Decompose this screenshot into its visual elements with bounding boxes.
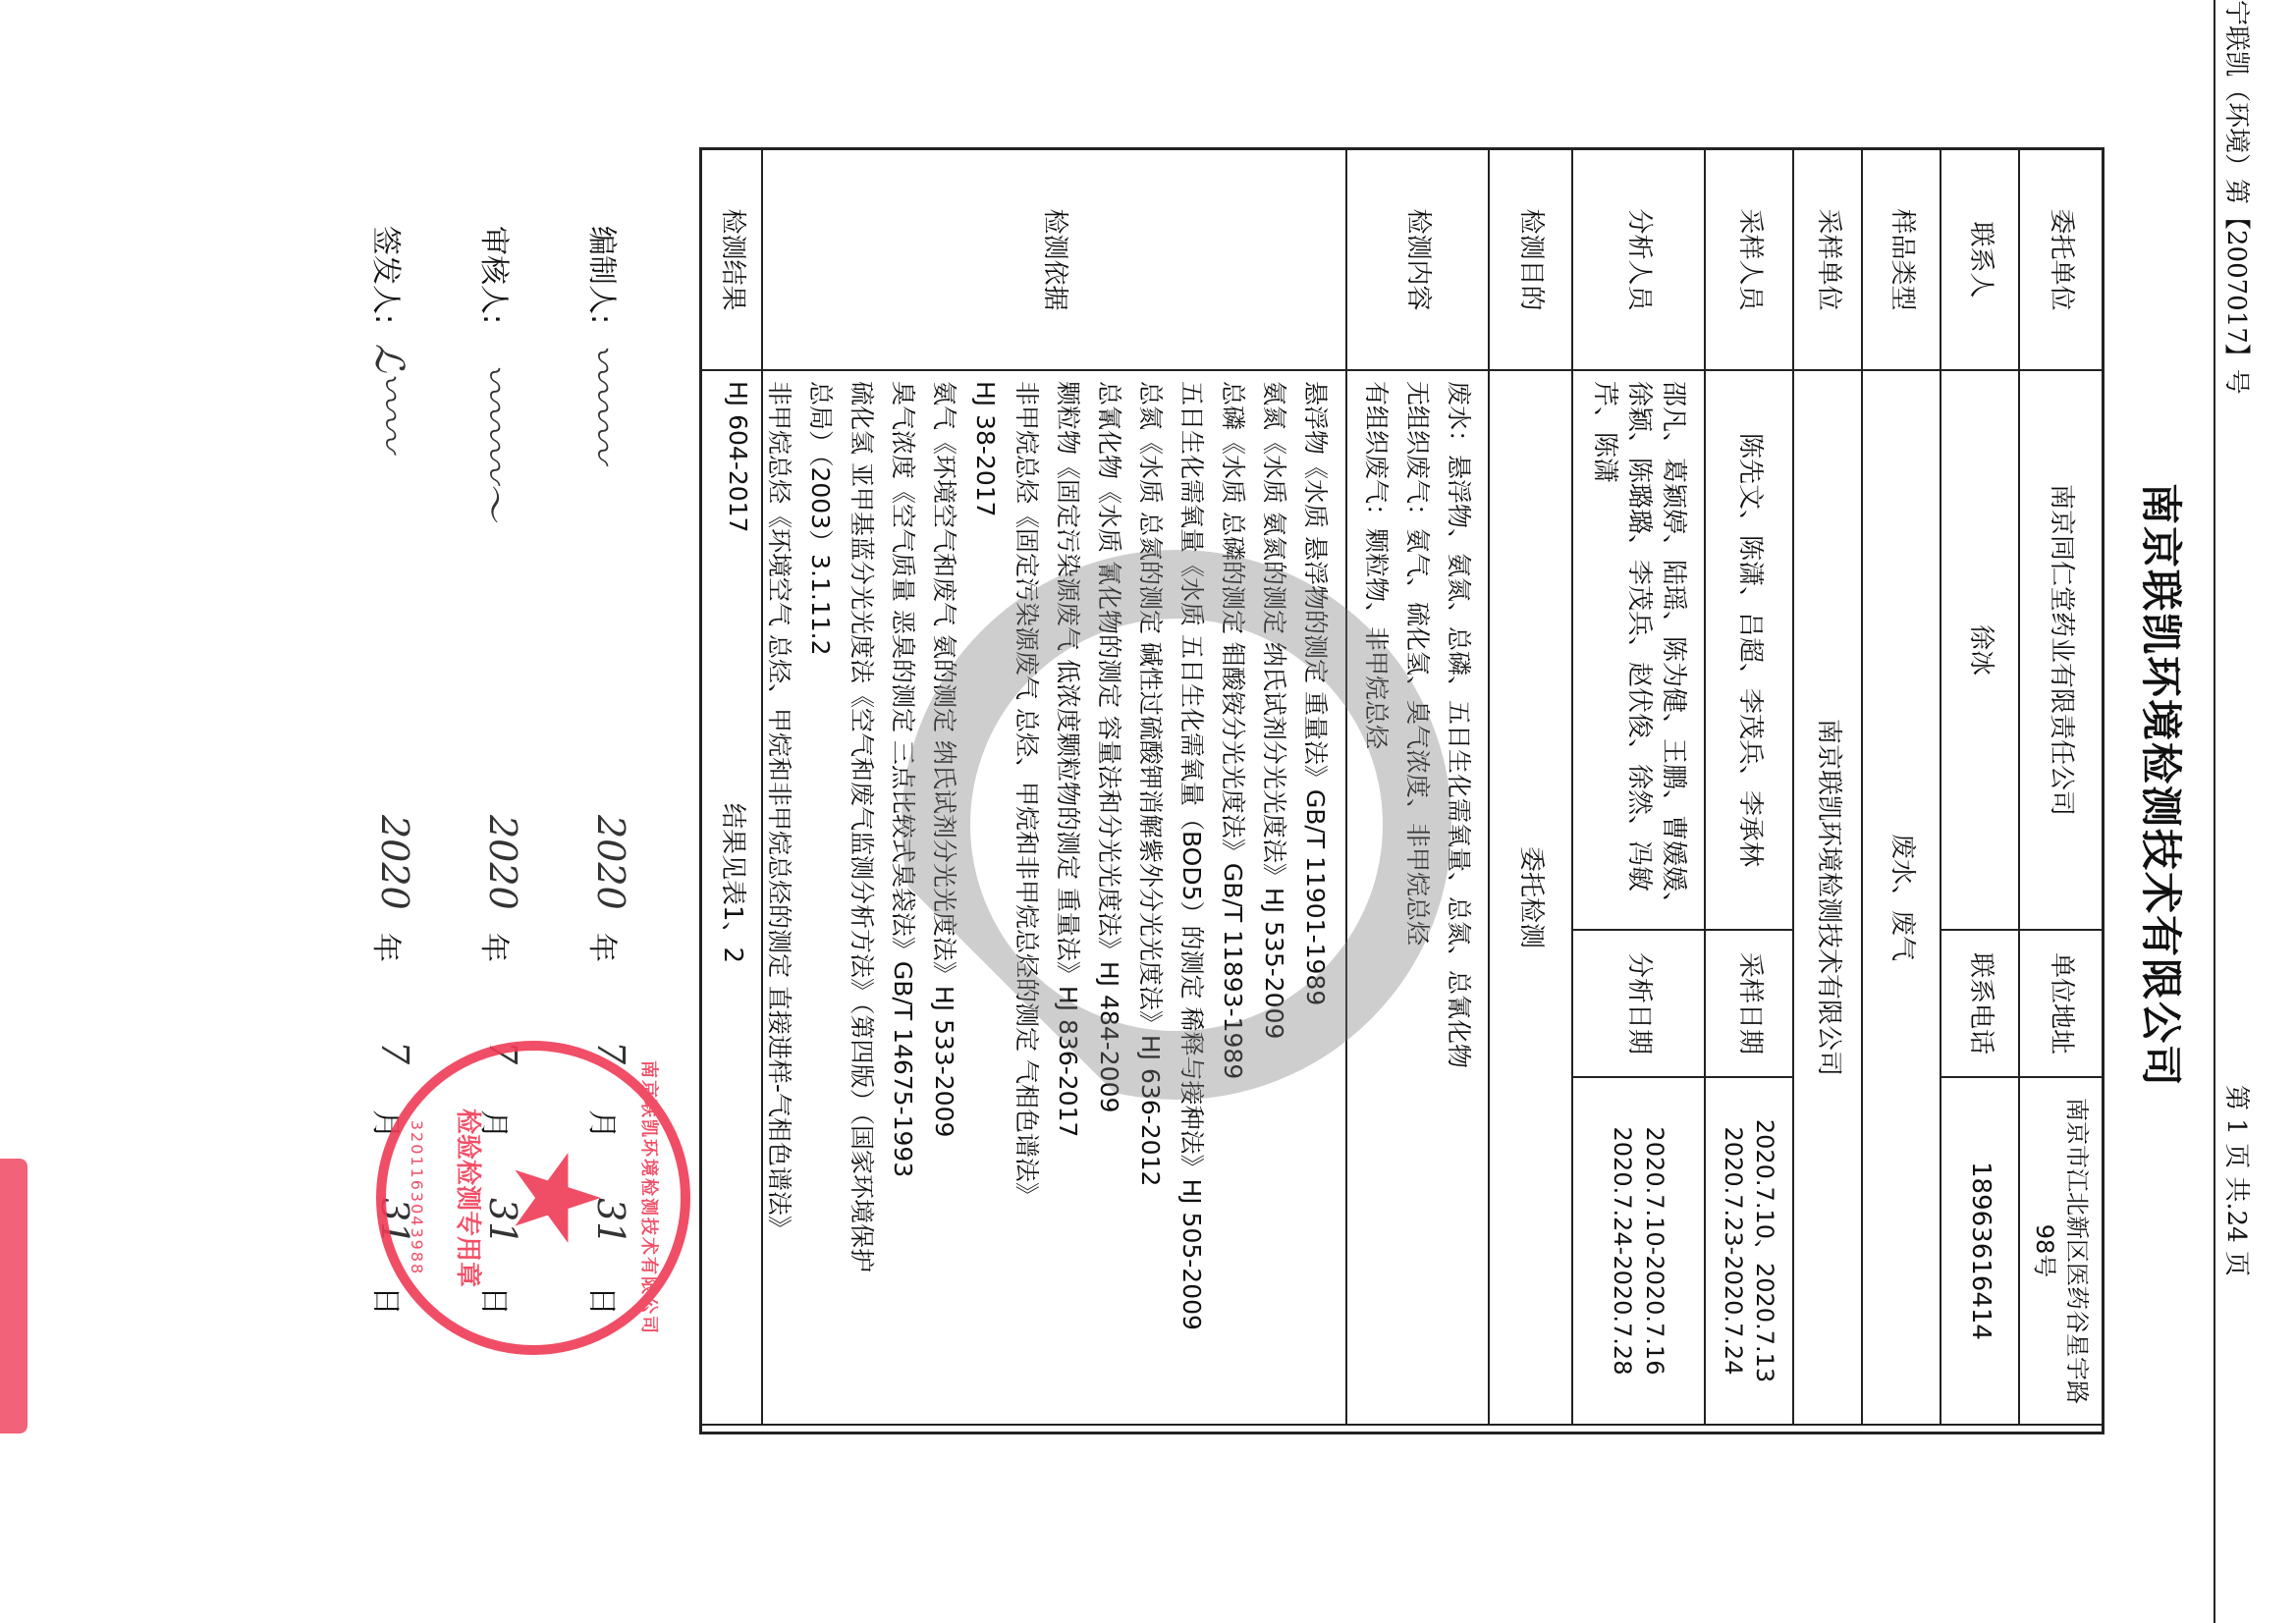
analysis-date-value: 2020.7.10-2020.7.16 2020.7.24-2020.7.28 (1571, 1078, 1704, 1426)
phone-label: 联系电话 (1940, 931, 2018, 1078)
client-label: 委托单位 (2018, 150, 2102, 371)
samplers-value: 陈先文、陈潇、吕超、李茂兵、李承林 (1704, 371, 1792, 931)
day-unit: 日 (367, 1286, 410, 1316)
year-unit: 年 (583, 933, 627, 962)
address-label: 单位地址 (2018, 931, 2102, 1078)
basis-line: 硫化氢 亚甲基蓝分光光度法《空气和废气监测分析方法》（第四版）（国家环境保护 (841, 381, 882, 1272)
basis-line: HJ 38-2017 (964, 381, 1006, 517)
compiler-label: 编制人: (583, 226, 627, 324)
sampling-unit-label: 采样单位 (1792, 150, 1861, 371)
issuer-signature: ℒ〰〰 (364, 344, 420, 451)
sampling-date-label: 采样日期 (1704, 931, 1792, 1078)
content-label: 检测内容 (1345, 150, 1488, 371)
seal-code: 3201163043988 (408, 1120, 426, 1275)
sample-type-label: 样品类型 (1861, 150, 1940, 371)
year-unit: 年 (367, 933, 410, 962)
compiler-signature: 〰〰〰 (576, 344, 632, 461)
company-seal: 南京联凯环境检测技术有限公司 ★ 检验检测专用章 3201163043988 (376, 1041, 690, 1355)
samplers-label: 采样人员 (1704, 150, 1792, 371)
header-rule (2214, 0, 2215, 1623)
basis-label: 检测依据 (761, 150, 1345, 371)
result-label: 检测结果 (702, 150, 761, 371)
analysts-value: 邵凡、葛颖婷、陆瑶、陈为健、王鹏、曹媛媛、徐颖、陈璐璐、李茂兵、赵伏俊、徐然、冯… (1571, 371, 1704, 931)
analysts-label: 分析人员 (1571, 150, 1704, 371)
page-info: 第 1 页 共.24 页 (2220, 1085, 2257, 1276)
issuer-label: 签发人: (367, 226, 410, 324)
issuer-month: 7 (373, 1041, 416, 1064)
purpose-label: 检测目的 (1488, 150, 1571, 371)
basis-line: 总局）（2003）3.1.11.2 (799, 381, 841, 656)
seal-text: 南京联凯环境检测技术有限公司 (637, 1060, 663, 1335)
year-unit: 年 (475, 933, 519, 962)
report-number: 宁联凯（环境）第【2007017】号 (2220, 0, 2257, 395)
sampling-unit-value: 南京联凯环境检测技术有限公司 (1792, 371, 1861, 1426)
reviewer-year: 2020 (481, 815, 524, 910)
client-value: 南京同仁堂药业有限责任公司 (2018, 371, 2102, 931)
sampling-date-value: 2020.7.10、2020.7.13 2020.7.23-2020.7.24 (1704, 1078, 1792, 1426)
reviewer-label: 审核人: (475, 226, 519, 324)
compiler-year: 2020 (589, 815, 632, 910)
company-title: 南京联凯环境检测技术有限公司 (2134, 147, 2193, 1424)
seal-subtext: 检验检测专用章 (453, 1109, 489, 1287)
result-value: 结果见表1、2 (702, 371, 761, 1426)
phone-value: 18963616414 (1940, 1078, 2018, 1426)
contact-value: 徐冰 (1940, 371, 2018, 931)
document-page: 宁联凯（环境）第【2007017】号 第 1 页 共.24 页 南京联凯环境检测… (0, 0, 2296, 1623)
reviewer-signature: 〰〰〰～ (468, 363, 524, 520)
address-value: 南京市江北新区医药谷星宇路98号 (2018, 1078, 2102, 1426)
content-line: 废水：悬浮物、氨氮、总磷、五日生化需氧量、总氮、总氰化物 (1439, 381, 1480, 1068)
report-header: 宁联凯（环境）第【2007017】号 第 1 页 共.24 页 (2198, 0, 2257, 1623)
star-icon: ★ (497, 1145, 615, 1251)
purpose-value: 委托检测 (1488, 371, 1571, 1426)
basis-line: 非甲烷总烃《环境空气 总烃、甲烷和非甲烷总烃的测定 直接进样-气相色谱法》 (758, 381, 799, 1240)
issuer-year: 2020 (373, 815, 416, 910)
sample-type-value: 废水、废气 (1861, 371, 1940, 1426)
bottom-red-mark (0, 1159, 27, 1434)
contact-label: 联系人 (1940, 150, 2018, 371)
analysis-date-label: 分析日期 (1571, 931, 1704, 1078)
